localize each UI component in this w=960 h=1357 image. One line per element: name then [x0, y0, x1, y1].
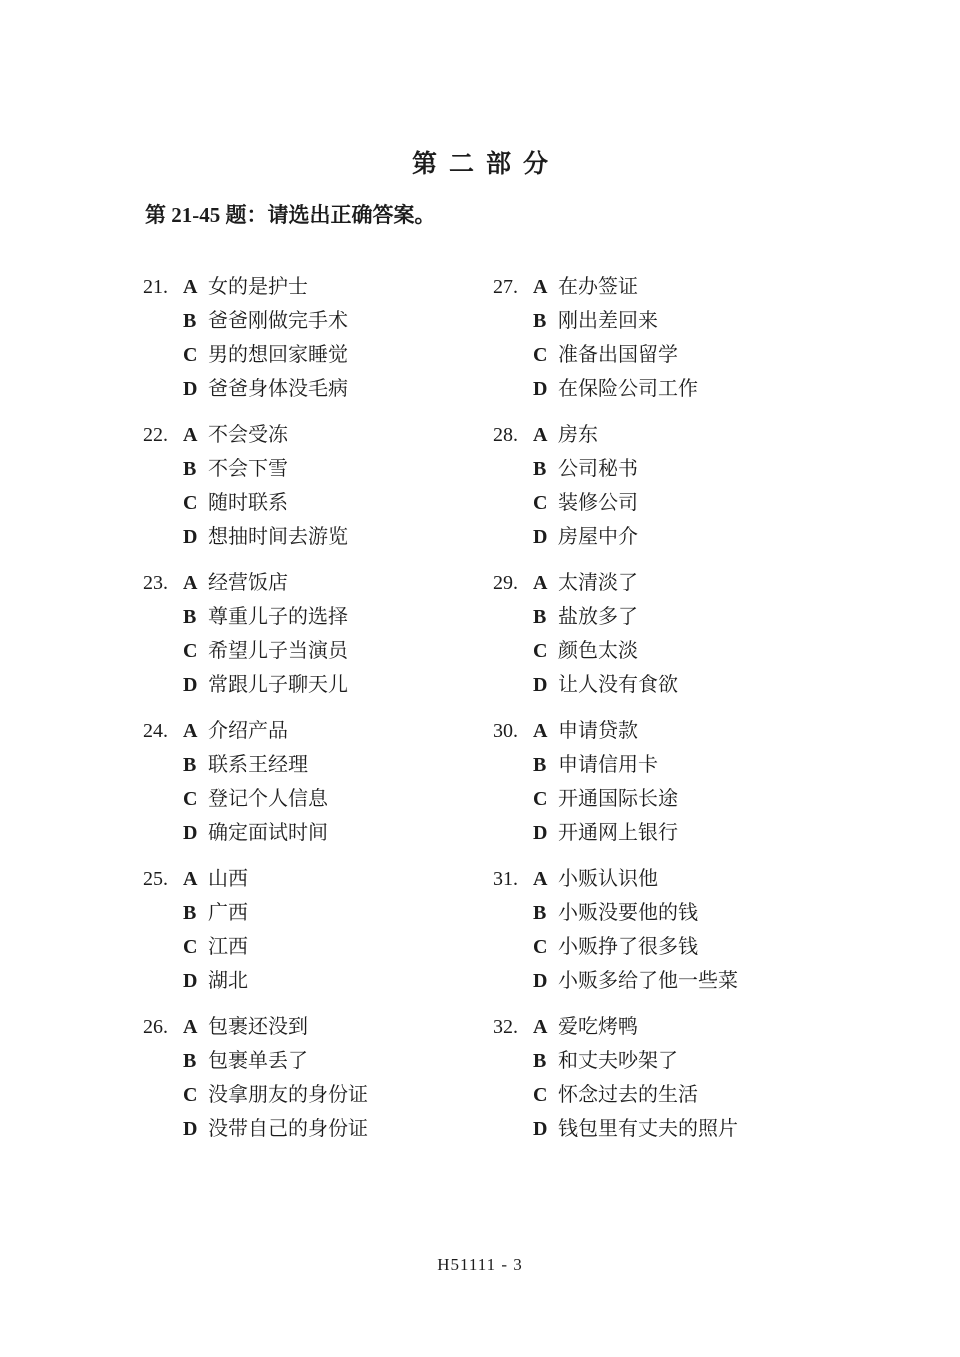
- option-text: 开通网上银行: [558, 816, 960, 850]
- option-text: 房东: [558, 418, 960, 452]
- option-text: 申请信用卡: [558, 748, 960, 782]
- option-text: 小贩挣了很多钱: [558, 930, 960, 964]
- question-number: [143, 600, 183, 634]
- option-text: 钱包里有丈夫的照片: [558, 1112, 960, 1146]
- question-number: [493, 1112, 533, 1146]
- option-text: 怀念过去的生活: [558, 1078, 960, 1112]
- option-text: 小贩认识他: [558, 862, 960, 896]
- option-row: C男的想回家睡觉: [143, 338, 493, 372]
- option-text: 太清淡了: [558, 566, 960, 600]
- question-number: [493, 372, 533, 406]
- option-text: 确定面试时间: [208, 816, 493, 850]
- question-number: 30.: [493, 714, 533, 748]
- option-row: 27.A在办签证: [493, 270, 960, 304]
- option-text: 常跟儿子聊天儿: [208, 668, 493, 702]
- option-row: C小贩挣了很多钱: [493, 930, 960, 964]
- option-row: B联系王经理: [143, 748, 493, 782]
- question-block: 26.A包裹还没到B包裹单丢了C没拿朋友的身份证D没带自己的身份证: [143, 1010, 493, 1146]
- option-text: 小贩多给了他一些菜: [558, 964, 960, 998]
- option-letter: D: [533, 816, 558, 850]
- option-row: 24.A介绍产品: [143, 714, 493, 748]
- option-row: D让人没有食欲: [493, 668, 960, 702]
- question-number: [493, 452, 533, 486]
- option-letter: B: [183, 748, 208, 782]
- option-text: 不会下雪: [208, 452, 493, 486]
- option-text: 随时联系: [208, 486, 493, 520]
- option-row: 25.A山西: [143, 862, 493, 896]
- option-row: B申请信用卡: [493, 748, 960, 782]
- option-text: 和丈夫吵架了: [558, 1044, 960, 1078]
- option-letter: B: [533, 304, 558, 338]
- option-text: 希望儿子当演员: [208, 634, 493, 668]
- option-text: 山西: [208, 862, 493, 896]
- question-block: 22.A不会受冻B不会下雪C随时联系D想抽时间去游览: [143, 418, 493, 554]
- questions-area: 21.A女的是护士B爸爸刚做完手术C男的想回家睡觉D爸爸身体没毛病22.A不会受…: [143, 270, 960, 1158]
- option-row: B和丈夫吵架了: [493, 1044, 960, 1078]
- option-text: 申请贷款: [558, 714, 960, 748]
- question-block: 24.A介绍产品B联系王经理C登记个人信息D确定面试时间: [143, 714, 493, 850]
- option-letter: A: [183, 862, 208, 896]
- option-letter: D: [183, 964, 208, 998]
- question-number: 23.: [143, 566, 183, 600]
- option-letter: A: [533, 1010, 558, 1044]
- option-text: 刚出差回来: [558, 304, 960, 338]
- option-row: B公司秘书: [493, 452, 960, 486]
- option-text: 男的想回家睡觉: [208, 338, 493, 372]
- option-text: 在办签证: [558, 270, 960, 304]
- option-text: 装修公司: [558, 486, 960, 520]
- question-number: [143, 634, 183, 668]
- question-number: [143, 896, 183, 930]
- question-block: 29.A太清淡了B盐放多了C颜色太淡D让人没有食欲: [493, 566, 960, 702]
- question-number: [143, 816, 183, 850]
- question-number: 27.: [493, 270, 533, 304]
- option-letter: C: [533, 486, 558, 520]
- question-number: 22.: [143, 418, 183, 452]
- option-letter: C: [533, 782, 558, 816]
- question-number: [143, 748, 183, 782]
- option-text: 公司秘书: [558, 452, 960, 486]
- option-row: D想抽时间去游览: [143, 520, 493, 554]
- questions-column-left: 21.A女的是护士B爸爸刚做完手术C男的想回家睡觉D爸爸身体没毛病22.A不会受…: [143, 270, 493, 1158]
- question-number: [493, 600, 533, 634]
- option-row: B刚出差回来: [493, 304, 960, 338]
- question-number: [493, 338, 533, 372]
- option-text: 爱吃烤鸭: [558, 1010, 960, 1044]
- question-block: 30.A申请贷款B申请信用卡C开通国际长途D开通网上银行: [493, 714, 960, 850]
- question-block: 32.A爱吃烤鸭B和丈夫吵架了C怀念过去的生活D钱包里有丈夫的照片: [493, 1010, 960, 1146]
- question-number: [493, 930, 533, 964]
- option-letter: B: [183, 304, 208, 338]
- option-row: B广西: [143, 896, 493, 930]
- questions-column-right: 27.A在办签证B刚出差回来C准备出国留学D在保险公司工作28.A房东B公司秘书…: [493, 270, 960, 1158]
- option-text: 包裹单丢了: [208, 1044, 493, 1078]
- option-text: 女的是护士: [208, 270, 493, 304]
- section-instruction: 第 21-45 题：请选出正确答案。: [145, 202, 960, 228]
- question-number: [143, 452, 183, 486]
- option-letter: C: [183, 338, 208, 372]
- option-text: 爸爸身体没毛病: [208, 372, 493, 406]
- option-row: C装修公司: [493, 486, 960, 520]
- question-number: 24.: [143, 714, 183, 748]
- option-row: 28.A房东: [493, 418, 960, 452]
- option-row: B尊重儿子的选择: [143, 600, 493, 634]
- question-number: [143, 520, 183, 554]
- option-row: D爸爸身体没毛病: [143, 372, 493, 406]
- option-row: D确定面试时间: [143, 816, 493, 850]
- question-number: [493, 782, 533, 816]
- question-number: [493, 1078, 533, 1112]
- option-row: 31.A小贩认识他: [493, 862, 960, 896]
- option-letter: B: [533, 1044, 558, 1078]
- option-text: 不会受冻: [208, 418, 493, 452]
- option-letter: B: [533, 452, 558, 486]
- question-number: [143, 964, 183, 998]
- question-number: [143, 1078, 183, 1112]
- option-row: 26.A包裹还没到: [143, 1010, 493, 1044]
- option-row: B盐放多了: [493, 600, 960, 634]
- option-row: C没拿朋友的身份证: [143, 1078, 493, 1112]
- option-letter: B: [183, 1044, 208, 1078]
- option-letter: D: [183, 816, 208, 850]
- option-row: B爸爸刚做完手术: [143, 304, 493, 338]
- option-text: 准备出国留学: [558, 338, 960, 372]
- option-letter: C: [183, 782, 208, 816]
- question-block: 27.A在办签证B刚出差回来C准备出国留学D在保险公司工作: [493, 270, 960, 406]
- option-letter: A: [533, 270, 558, 304]
- option-text: 广西: [208, 896, 493, 930]
- question-number: [493, 668, 533, 702]
- question-number: [143, 304, 183, 338]
- option-row: C准备出国留学: [493, 338, 960, 372]
- option-letter: B: [183, 452, 208, 486]
- option-text: 没拿朋友的身份证: [208, 1078, 493, 1112]
- question-number: [493, 520, 533, 554]
- option-letter: A: [183, 714, 208, 748]
- option-letter: D: [533, 668, 558, 702]
- question-number: [493, 1044, 533, 1078]
- question-number: [143, 930, 183, 964]
- option-text: 江西: [208, 930, 493, 964]
- question-block: 31.A小贩认识他B小贩没要他的钱C小贩挣了很多钱D小贩多给了他一些菜: [493, 862, 960, 998]
- option-letter: A: [533, 418, 558, 452]
- option-text: 经营饭店: [208, 566, 493, 600]
- option-letter: C: [533, 930, 558, 964]
- option-row: B不会下雪: [143, 452, 493, 486]
- option-text: 房屋中介: [558, 520, 960, 554]
- option-letter: A: [533, 566, 558, 600]
- option-row: 22.A不会受冻: [143, 418, 493, 452]
- option-text: 开通国际长途: [558, 782, 960, 816]
- question-number: 28.: [493, 418, 533, 452]
- option-row: B包裹单丢了: [143, 1044, 493, 1078]
- page-footer-code: H51111 - 3: [0, 1255, 960, 1275]
- question-number: 25.: [143, 862, 183, 896]
- option-letter: B: [533, 896, 558, 930]
- option-letter: C: [183, 486, 208, 520]
- question-block: 21.A女的是护士B爸爸刚做完手术C男的想回家睡觉D爸爸身体没毛病: [143, 270, 493, 406]
- option-text: 盐放多了: [558, 600, 960, 634]
- question-block: 25.A山西B广西C江西D湖北: [143, 862, 493, 998]
- option-letter: C: [533, 338, 558, 372]
- option-row: D钱包里有丈夫的照片: [493, 1112, 960, 1146]
- option-letter: D: [533, 520, 558, 554]
- option-row: D开通网上银行: [493, 816, 960, 850]
- question-number: [493, 634, 533, 668]
- option-letter: C: [533, 634, 558, 668]
- option-row: 23.A经营饭店: [143, 566, 493, 600]
- question-number: 32.: [493, 1010, 533, 1044]
- option-text: 包裹还没到: [208, 1010, 493, 1044]
- question-number: [493, 486, 533, 520]
- question-number: 26.: [143, 1010, 183, 1044]
- part-title: 第二部分: [0, 0, 960, 180]
- question-block: 28.A房东B公司秘书C装修公司D房屋中介: [493, 418, 960, 554]
- option-row: C随时联系: [143, 486, 493, 520]
- option-row: C开通国际长途: [493, 782, 960, 816]
- option-letter: A: [183, 1010, 208, 1044]
- option-row: D房屋中介: [493, 520, 960, 554]
- question-number: [143, 372, 183, 406]
- option-row: C江西: [143, 930, 493, 964]
- question-number: [143, 782, 183, 816]
- option-letter: D: [533, 372, 558, 406]
- option-letter: B: [183, 896, 208, 930]
- question-block: 23.A经营饭店B尊重儿子的选择C希望儿子当演员D常跟儿子聊天儿: [143, 566, 493, 702]
- question-number: 29.: [493, 566, 533, 600]
- option-text: 介绍产品: [208, 714, 493, 748]
- option-text: 小贩没要他的钱: [558, 896, 960, 930]
- option-letter: B: [183, 600, 208, 634]
- question-number: [143, 1044, 183, 1078]
- exam-page: 第二部分 第 21-45 题：请选出正确答案。 21.A女的是护士B爸爸刚做完手…: [0, 0, 960, 1357]
- option-letter: C: [183, 930, 208, 964]
- question-number: 31.: [493, 862, 533, 896]
- option-row: C颜色太淡: [493, 634, 960, 668]
- option-letter: D: [533, 964, 558, 998]
- option-row: 21.A女的是护士: [143, 270, 493, 304]
- option-text: 湖北: [208, 964, 493, 998]
- option-letter: B: [533, 748, 558, 782]
- option-text: 想抽时间去游览: [208, 520, 493, 554]
- question-number: [493, 304, 533, 338]
- question-number: [143, 486, 183, 520]
- question-number: [493, 748, 533, 782]
- option-letter: C: [183, 634, 208, 668]
- question-number: [493, 964, 533, 998]
- option-text: 让人没有食欲: [558, 668, 960, 702]
- question-number: [143, 1112, 183, 1146]
- option-row: C登记个人信息: [143, 782, 493, 816]
- option-text: 没带自己的身份证: [208, 1112, 493, 1146]
- question-number: 21.: [143, 270, 183, 304]
- option-letter: D: [183, 668, 208, 702]
- option-row: D在保险公司工作: [493, 372, 960, 406]
- option-text: 尊重儿子的选择: [208, 600, 493, 634]
- option-row: C怀念过去的生活: [493, 1078, 960, 1112]
- option-letter: A: [183, 270, 208, 304]
- option-letter: C: [533, 1078, 558, 1112]
- option-text: 联系王经理: [208, 748, 493, 782]
- option-row: 29.A太清淡了: [493, 566, 960, 600]
- option-letter: D: [183, 372, 208, 406]
- question-number: [143, 668, 183, 702]
- option-row: 32.A爱吃烤鸭: [493, 1010, 960, 1044]
- option-row: C希望儿子当演员: [143, 634, 493, 668]
- question-number: [493, 816, 533, 850]
- option-letter: A: [183, 418, 208, 452]
- option-letter: B: [533, 600, 558, 634]
- option-row: D小贩多给了他一些菜: [493, 964, 960, 998]
- option-letter: A: [183, 566, 208, 600]
- option-text: 爸爸刚做完手术: [208, 304, 493, 338]
- option-row: 30.A申请贷款: [493, 714, 960, 748]
- question-number: [493, 896, 533, 930]
- option-letter: D: [183, 520, 208, 554]
- option-row: D湖北: [143, 964, 493, 998]
- option-text: 登记个人信息: [208, 782, 493, 816]
- question-number: [143, 338, 183, 372]
- option-text: 颜色太淡: [558, 634, 960, 668]
- option-letter: D: [533, 1112, 558, 1146]
- option-row: D没带自己的身份证: [143, 1112, 493, 1146]
- option-letter: A: [533, 714, 558, 748]
- option-row: B小贩没要他的钱: [493, 896, 960, 930]
- option-letter: D: [183, 1112, 208, 1146]
- option-row: D常跟儿子聊天儿: [143, 668, 493, 702]
- option-letter: C: [183, 1078, 208, 1112]
- option-text: 在保险公司工作: [558, 372, 960, 406]
- option-letter: A: [533, 862, 558, 896]
